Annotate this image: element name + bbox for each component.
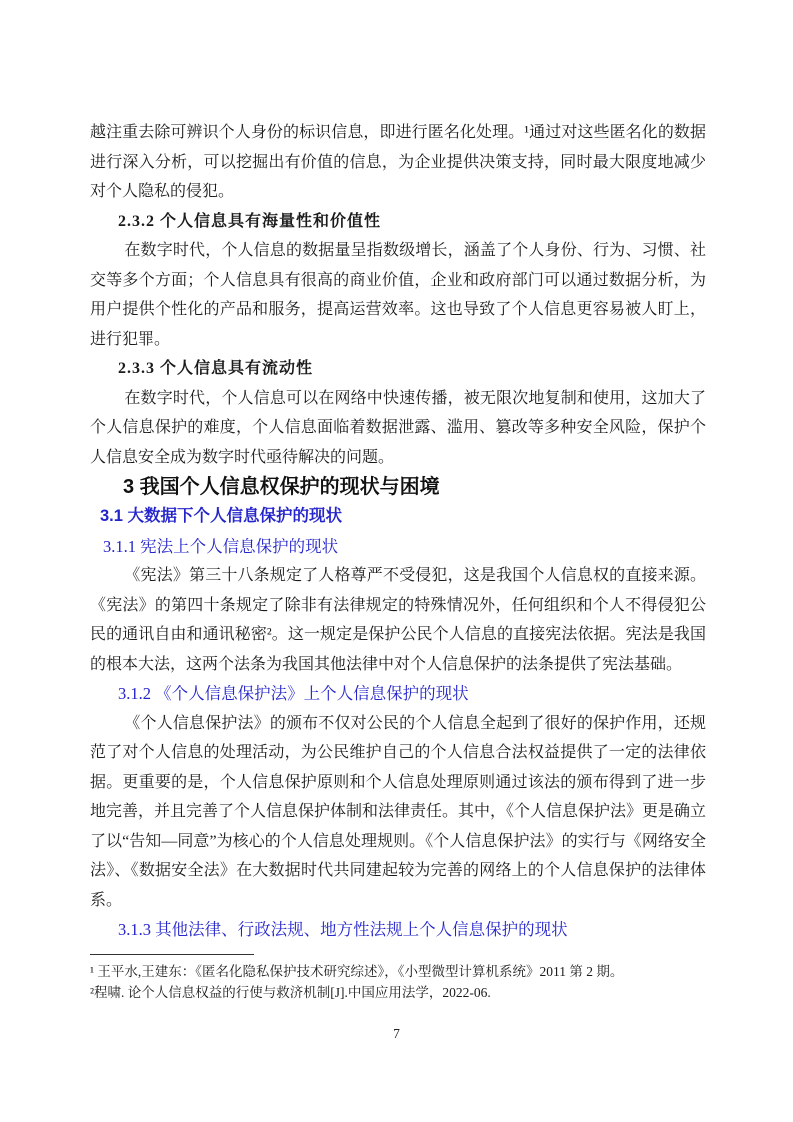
- heading-2-3-3: 2.3.3 个人信息具有流动性: [90, 354, 706, 384]
- heading-chapter-3: 3 我国个人信息权保护的现状与困境: [90, 472, 706, 502]
- paragraph-3-1-1: 《宪法》第三十八条规定了人格尊严不受侵犯，这是我国个人信息权的直接来源。《宪法》…: [90, 561, 706, 679]
- paragraph-2-3-2: 在数字时代，个人信息的数据量呈指数级增长，涵盖了个人身份、行为、习惯、社交等多个…: [90, 236, 706, 354]
- page-number: 7: [0, 1026, 793, 1042]
- heading-3-1: 3.1 大数据下个人信息保护的现状: [90, 502, 706, 532]
- footnote-1: ¹ 王平水,王建东：《匿名化隐私保护技术研究综述》，《小型微型计算机系统》201…: [90, 961, 706, 982]
- document-page: 越注重去除可辨识个人身份的标识信息，即进行匿名化处理。¹通过对这些匿名化的数据进…: [0, 0, 793, 1122]
- page-body: 越注重去除可辨识个人身份的标识信息，即进行匿名化处理。¹通过对这些匿名化的数据进…: [90, 118, 706, 945]
- footnote-separator: [90, 954, 254, 955]
- heading-3-1-2: 3.1.2 《个人信息保护法》上个人信息保护的现状: [90, 679, 706, 709]
- footnote-2: ²程啸. 论个人信息权益的行使与救济机制[J].中国应用法学，2022-06.: [90, 982, 706, 1003]
- paragraph-2-3-3: 在数字时代，个人信息可以在网络中快速传播，被无限次地复制和使用，这加大了个人信息…: [90, 384, 706, 473]
- paragraph-anonymization-continuation: 越注重去除可辨识个人身份的标识信息，即进行匿名化处理。¹通过对这些匿名化的数据进…: [90, 118, 706, 207]
- heading-3-1-1: 3.1.1 宪法上个人信息保护的现状: [90, 532, 706, 562]
- heading-3-1-3: 3.1.3 其他法律、行政法规、地方性法规上个人信息保护的现状: [90, 915, 706, 945]
- footnote-section: ¹ 王平水,王建东：《匿名化隐私保护技术研究综述》，《小型微型计算机系统》201…: [90, 954, 706, 1003]
- heading-2-3-2: 2.3.2 个人信息具有海量性和价值性: [90, 207, 706, 237]
- paragraph-3-1-2: 《个人信息保护法》的颁布不仅对公民的个人信息全起到了很好的保护作用，还规范了对个…: [90, 709, 706, 916]
